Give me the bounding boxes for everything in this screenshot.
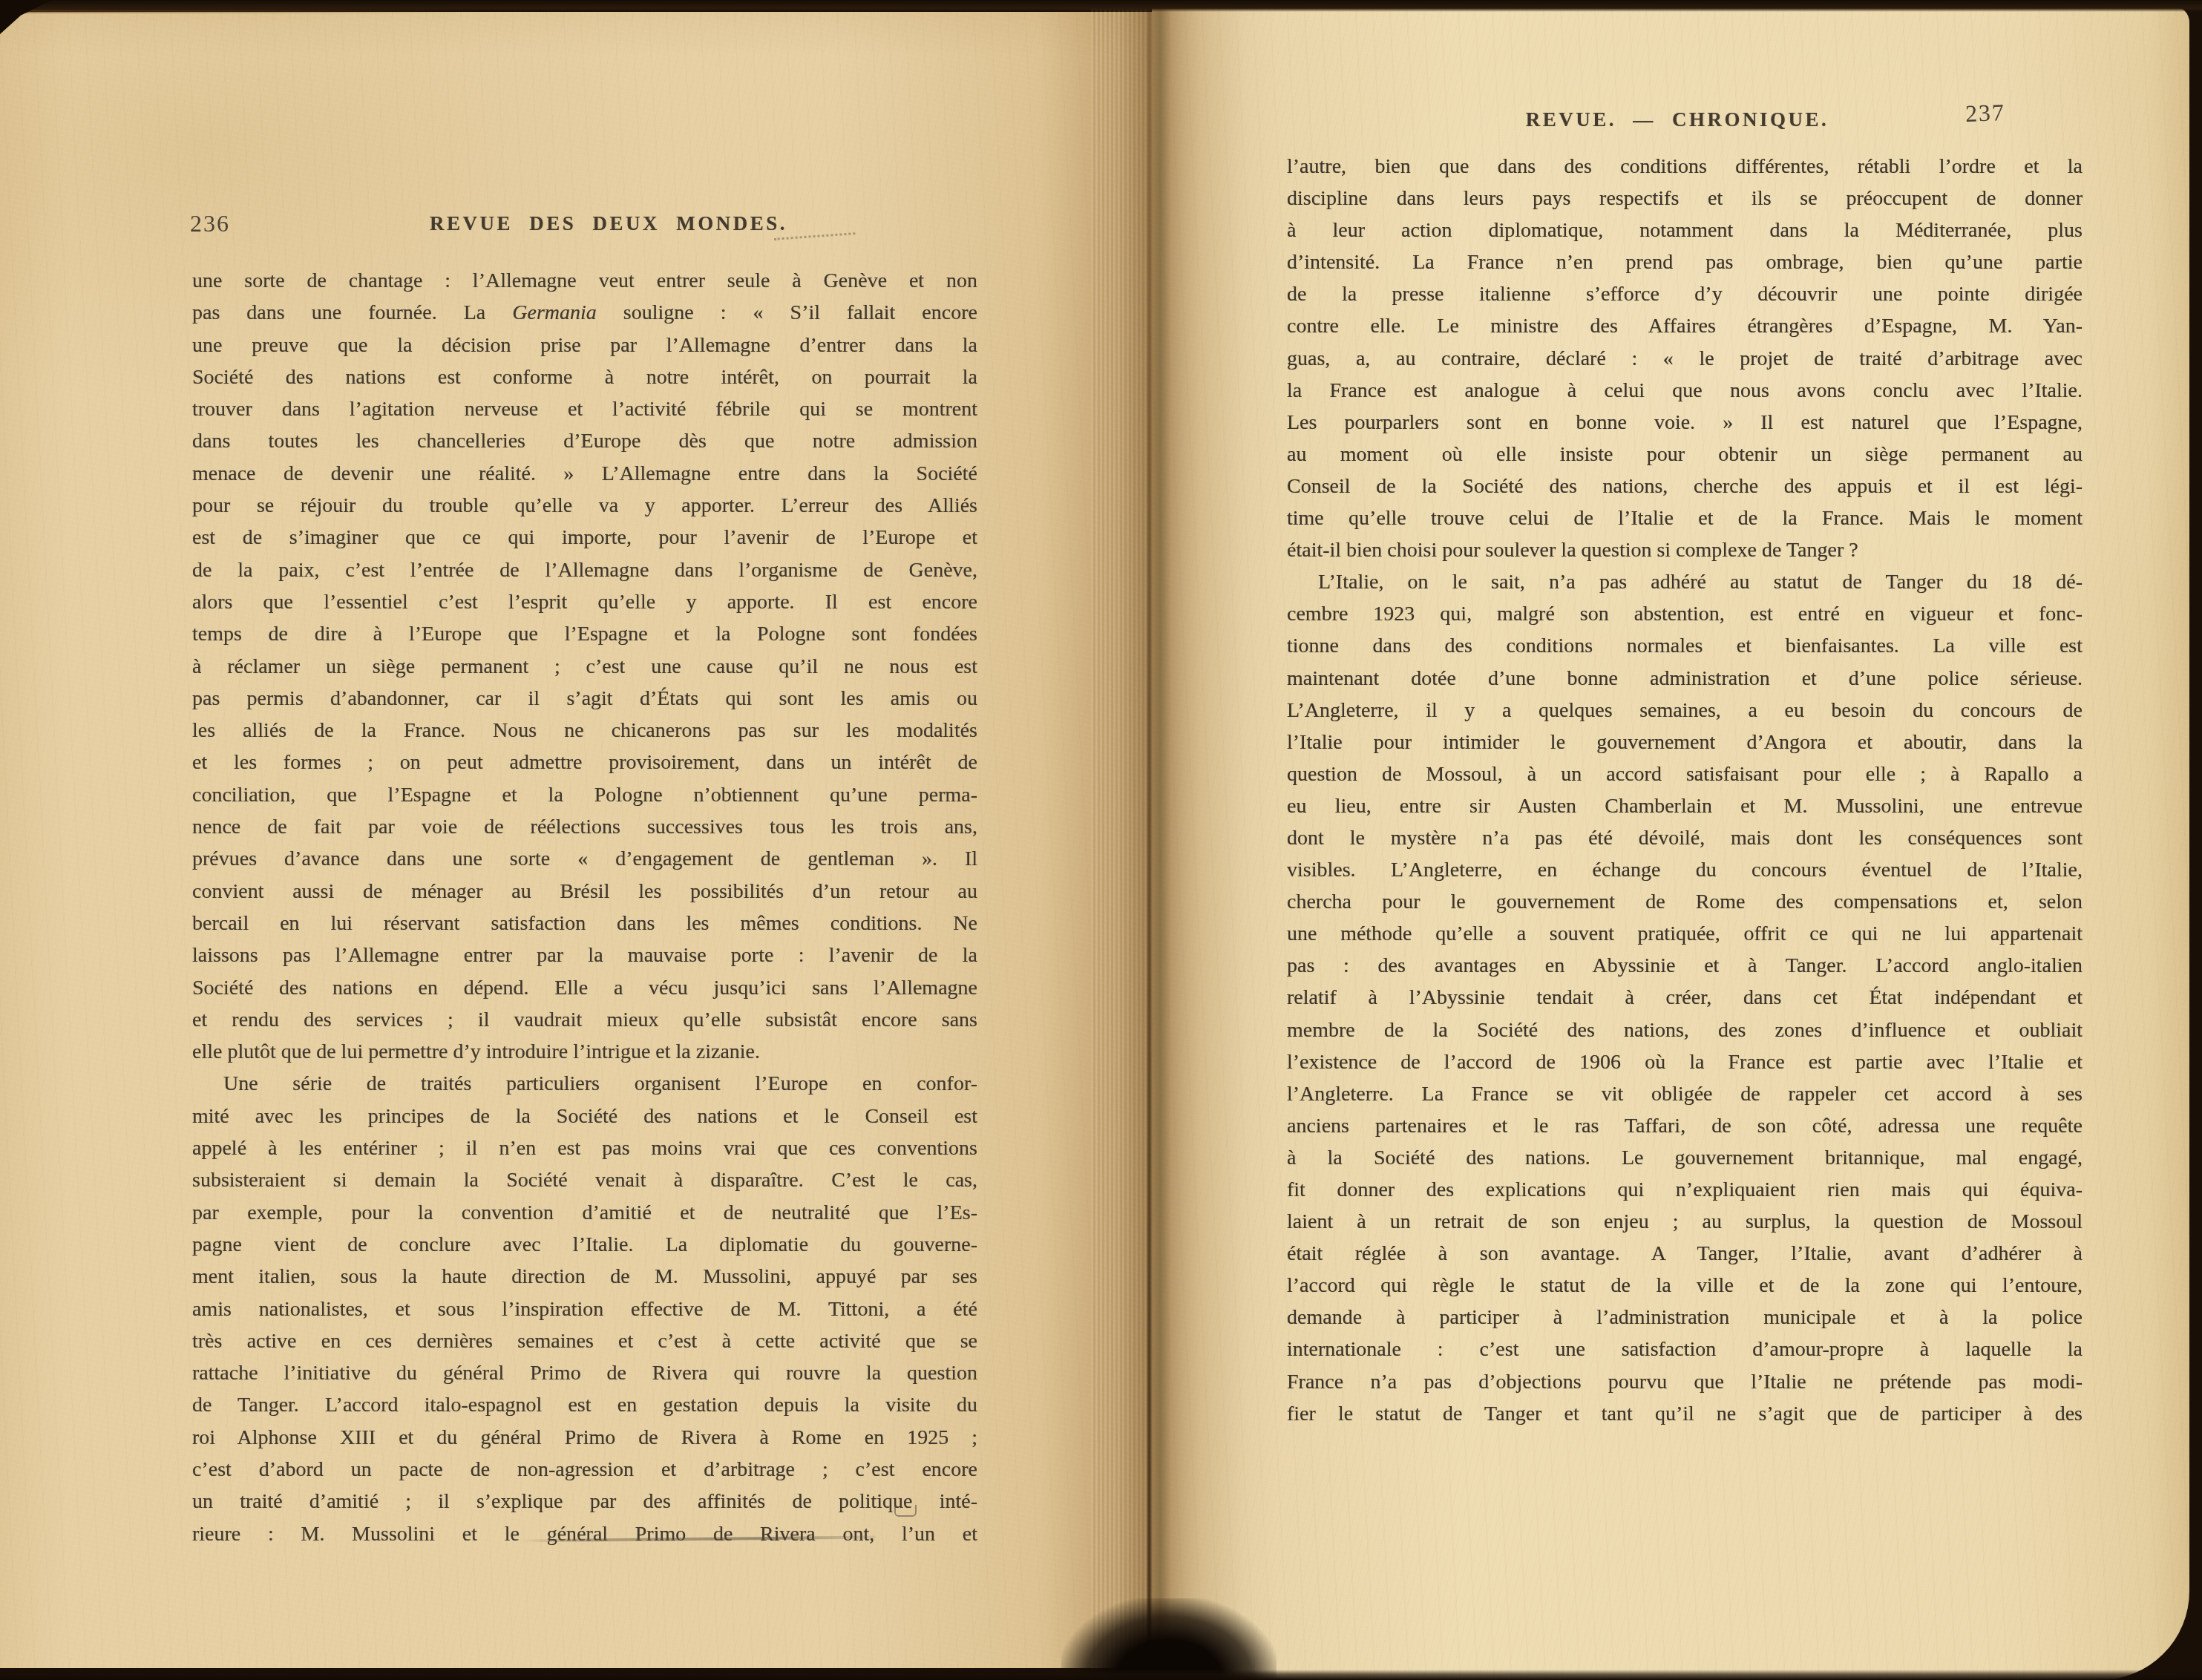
text-line: time qu’elle trouve celui de l’Italie et… [1287, 502, 2083, 534]
text-line: Société des nations en dépend. Elle a vé… [192, 972, 977, 1004]
text-line: l’autre, bien que dans des conditions di… [1287, 151, 2083, 183]
text-line: était-il bien choisi pour soulever la qu… [1287, 534, 2083, 566]
text-line: à leur action diplomatique, notamment da… [1287, 214, 2083, 246]
text-line: chercha pour le gouvernement de Rome des… [1287, 886, 2083, 918]
text-line: la France est analogue à celui que nous … [1287, 375, 2083, 407]
text-line: Les pourparlers sont en bonne voie. » Il… [1287, 407, 2083, 439]
text-line: alors que l’essentiel c’est l’esprit qu’… [192, 586, 977, 618]
text-line: subsisteraient si demain la Société vena… [192, 1164, 977, 1196]
book-spread: 236 REVUE DES DEUX MONDES. REVUE. — CHRO… [0, 0, 2202, 1680]
text-line: maintenant dotée d’une bonne administrat… [1287, 663, 2083, 695]
text-line: pagne vient de conclure avec l’Italie. L… [192, 1229, 977, 1261]
text-line: et les formes ; on peut admettre proviso… [192, 747, 977, 778]
text-line: conciliation, que l’Espagne et la Pologn… [192, 779, 977, 811]
text-line: un traité d’amitié ; il s’explique par d… [192, 1486, 977, 1517]
text-line: nence de fait par voie de réélections su… [192, 811, 977, 843]
text-line: France n’a pas d’objections pourvu que l… [1287, 1366, 2083, 1398]
text-line: une méthode qu’elle a souvent pratiquée,… [1287, 918, 2083, 950]
text-line: eu lieu, entre sir Austen Chamberlain et… [1287, 790, 2083, 822]
text-line: laissons pas l’Allemagne entrer par la m… [192, 939, 977, 971]
right-page-number: 237 [1965, 99, 2005, 128]
text-line: prévues d’avance dans une sorte « d’enga… [192, 843, 977, 875]
text-line: au moment où elle insiste pour obtenir u… [1287, 439, 2083, 470]
text-line: demande à participer à l’administration … [1287, 1302, 2083, 1333]
text-line: tionne dans des conditions normales et b… [1287, 630, 2083, 662]
text-line: temps de dire à l’Europe que l’Espagne e… [192, 618, 977, 650]
text-line: fier le statut de Tanger et tant qu’il n… [1287, 1398, 2083, 1430]
text-line: fit donner des explications qui n’expliq… [1287, 1174, 2083, 1206]
text-line: l’accord qui règle le statut de la ville… [1287, 1270, 2083, 1302]
text-line: et rendu des services ; il vaudrait mieu… [192, 1004, 977, 1036]
text-line: roi Alphonse XIII et du général Primo de… [192, 1422, 977, 1454]
text-line: menace de devenir une réalité. » L’Allem… [192, 458, 977, 490]
text-line: guas, a, au contraire, déclaré : « le pr… [1287, 343, 2083, 375]
text-line: relatif à l’Abyssinie tendait à créer, d… [1287, 982, 2083, 1014]
right-text-column: l’autre, bien que dans des conditions di… [1287, 151, 2083, 1430]
text-line: une preuve que la décision prise par l’A… [192, 329, 977, 361]
text-line: l’Angleterre. La France se vit obligée d… [1287, 1078, 2083, 1110]
text-line: convient aussi de ménager au Brésil les … [192, 876, 977, 908]
text-line: par exemple, pour la convention d’amitié… [192, 1197, 977, 1229]
text-line: appelé à les entériner ; il n’en est pas… [192, 1132, 977, 1164]
text-line: internationale : c’est une satisfaction … [1287, 1333, 2083, 1365]
left-page-number: 236 [190, 210, 230, 237]
text-line: une sorte de chantage : l’Allemagne veut… [192, 265, 977, 297]
text-line: L’Angleterre, il y a quelques semaines, … [1287, 695, 2083, 726]
text-line: était réglée à son avantage. A Tanger, l… [1287, 1238, 2083, 1270]
text-line: est de s’imaginer que ce qui importe, po… [192, 522, 977, 554]
text-line: très active en ces dernières semaines et… [192, 1325, 977, 1357]
text-line: elle plutôt que de lui permettre d’y int… [192, 1036, 977, 1068]
text-line: membre de la Société des nations, des zo… [1287, 1014, 2083, 1046]
text-line: rieure : M. Mussolini et le général Prim… [192, 1518, 977, 1550]
text-line: à la Société des nations. Le gouvernemen… [1287, 1142, 2083, 1174]
text-line: trouver dans l’agitation nerveuse et l’a… [192, 393, 977, 425]
text-line: dont le mystère n’a pas été dévoilé, mai… [1287, 822, 2083, 854]
text-line: d’intensité. La France n’en prend pas om… [1287, 246, 2083, 278]
text-line: L’Italie, on le sait, n’a pas adhéré au … [1287, 566, 2083, 598]
text-line: l’Italie pour intimider le gouvernement … [1287, 726, 2083, 758]
text-line: amis nationalistes, et sous l’inspiratio… [192, 1293, 977, 1325]
text-line: les alliés de la France. Nous ne chicane… [192, 715, 977, 747]
text-line: pas dans une fournée. La Germania soulig… [192, 297, 977, 329]
text-line: pas permis d’abandonner, car il s’agit d… [192, 683, 977, 715]
text-line: Conseil de la Société des nations, cherc… [1287, 470, 2083, 502]
text-line: ment italien, sous la haute direction de… [192, 1261, 977, 1293]
text-line: pour se réjouir du trouble qu’elle va y … [192, 490, 977, 522]
text-line: de la paix, c’est l’entrée de l’Allemagn… [192, 554, 977, 586]
text-line: anciens partenaires et le ras Taffari, d… [1287, 1110, 2083, 1142]
text-line: question de Mossoul, à un accord satisfa… [1287, 758, 2083, 790]
left-running-head: REVUE DES DEUX MONDES. [245, 212, 972, 235]
text-line: contre elle. Le ministre des Affaires ét… [1287, 310, 2083, 342]
text-line: cembre 1923 qui, malgré son abstention, … [1287, 598, 2083, 630]
text-line: de Tanger. L’accord italo-espagnol est e… [192, 1389, 977, 1421]
text-line: bercail en lui réservant satisfaction da… [192, 908, 977, 939]
text-line: mité avec les principes de la Société de… [192, 1100, 977, 1132]
text-line: c’est d’abord un pacte de non-agression … [192, 1454, 977, 1486]
text-line: visibles. L’Angleterre, en échange du co… [1287, 854, 2083, 886]
text-line: Société des nations est conforme à notre… [192, 361, 977, 393]
text-line: discipline dans leurs pays respectifs et… [1287, 183, 2083, 214]
text-line: rattache l’initiative du général Primo d… [192, 1357, 977, 1389]
text-line: l’existence de l’accord de 1906 où la Fr… [1287, 1046, 2083, 1078]
text-line: de la presse italienne s’efforce d’y déc… [1287, 278, 2083, 310]
left-text-column: une sorte de chantage : l’Allemagne veut… [192, 265, 977, 1550]
text-line: Une série de traités particuliers organi… [192, 1068, 977, 1100]
text-line: laient à un retrait de son enjeu ; au su… [1287, 1206, 2083, 1238]
right-running-head: REVUE. — CHRONIQUE. [1306, 108, 2048, 131]
text-line: dans toutes les chancelleries d’Europe d… [192, 425, 977, 457]
text-line: à réclamer un siège permanent ; c’est un… [192, 651, 977, 683]
text-line: pas : des avantages en Abyssinie et à Ta… [1287, 950, 2083, 982]
